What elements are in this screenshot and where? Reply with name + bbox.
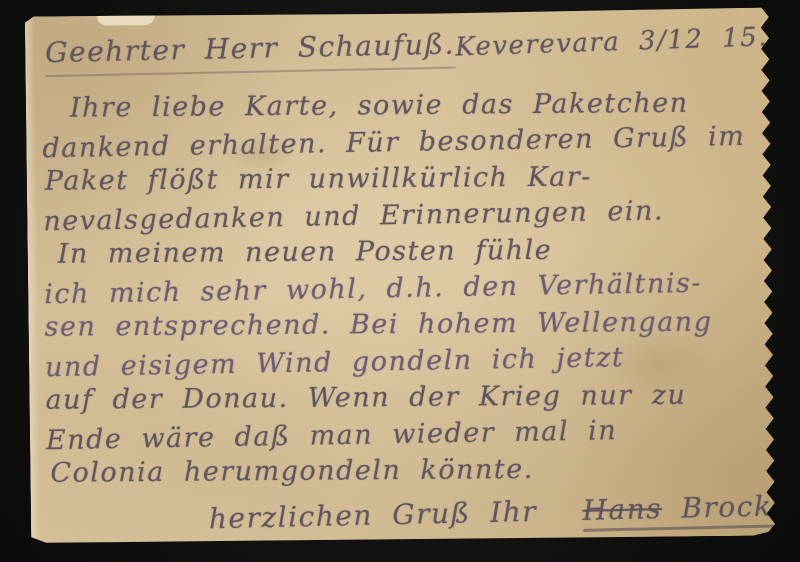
- signature-prefix: herzlichen Gruß Ihr: [209, 494, 538, 534]
- greeting-line: Geehrter Herr Schaufuß.: [45, 28, 456, 78]
- body-text: Ihre liebe Karte, sowie das Paketchen da…: [36, 84, 759, 494]
- paper-chip: [97, 11, 155, 26]
- struck-first-name: Hans: [582, 492, 662, 527]
- postcard: Geehrter Herr Schaufuß. Keverevara 3/12 …: [25, 7, 775, 544]
- place-date-line: Keverevara 3/12 15.: [455, 22, 769, 62]
- photo-background: Geehrter Herr Schaufuß. Keverevara 3/12 …: [0, 0, 800, 562]
- handwriting-area: Geehrter Herr Schaufuß. Keverevara 3/12 …: [35, 20, 759, 537]
- signature-name: Hans Brocker.: [582, 488, 800, 531]
- handwriting-line: Colonia herumgondeln könnte.: [46, 450, 758, 492]
- signature-line: herzlichen Gruß Ihr Hans Brocker.: [41, 489, 760, 543]
- signature-surname: Brocker.: [681, 488, 800, 524]
- header-row: Geehrter Herr Schaufuß. Keverevara 3/12 …: [35, 20, 754, 93]
